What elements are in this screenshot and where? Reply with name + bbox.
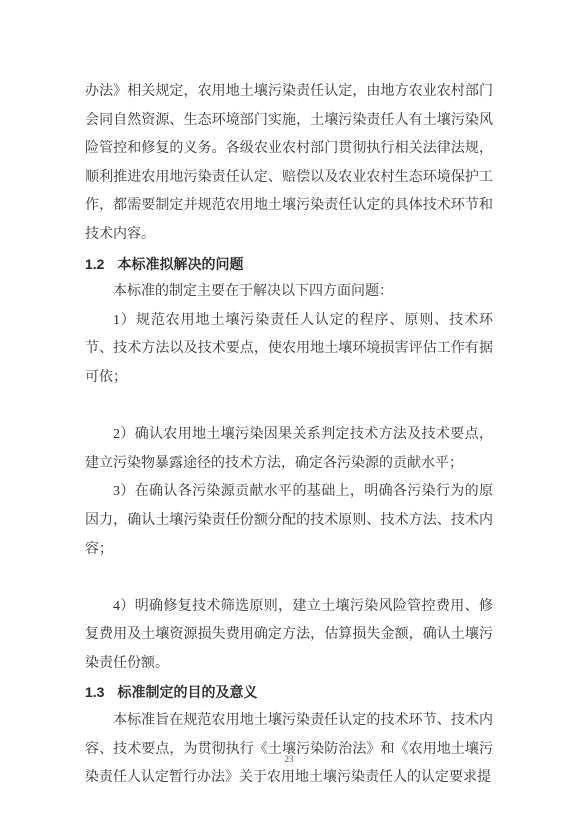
section-title: 本标准拟解决的问题	[117, 256, 243, 272]
list-item-4: 4）明确修复技术筛选原则，建立土壤污染风险管控费用、修复费用及土壤资源损失费用确…	[85, 593, 493, 679]
list-item-2: 2）确认农用地土壤污染因果关系判定技术方法及技术要点，建立污染物暴露途径的技术方…	[85, 421, 493, 478]
section-number: 1.3	[85, 678, 104, 707]
section-heading-1-3: 1.3标准制定的目的及意义	[85, 678, 493, 707]
section-title: 标准制定的目的及意义	[117, 684, 257, 700]
body-paragraph-intro: 本标准的制定主要在于解决以下四方面问题：	[85, 278, 493, 307]
body-paragraph-purpose: 本标准旨在规范农用地土壤污染责任认定的技术环节、技术内容、技术要点，为贯彻执行《…	[85, 707, 493, 793]
page-content: 办法》相关规定，农用地土壤污染责任认定，由地方农业农村部门会同自然资源、生态环境…	[85, 78, 493, 793]
page-number: 23	[0, 752, 578, 766]
section-number: 1.2	[85, 250, 104, 279]
section-heading-1-2: 1.2本标准拟解决的问题	[85, 250, 493, 279]
document-page: 办法》相关规定，农用地土壤污染责任认定，由地方农业农村部门会同自然资源、生态环境…	[0, 0, 578, 818]
list-item-1: 1）规范农用地土壤污染责任人认定的程序、原则、技术环节、技术方法以及技术要点，使…	[85, 307, 493, 393]
body-paragraph-continuation: 办法》相关规定，农用地土壤污染责任认定，由地方农业农村部门会同自然资源、生态环境…	[85, 78, 493, 250]
list-item-3: 3）在确认各污染源贡献水平的基础上，明确各污染行为的原因力，确认土壤污染责任份额…	[85, 478, 493, 564]
